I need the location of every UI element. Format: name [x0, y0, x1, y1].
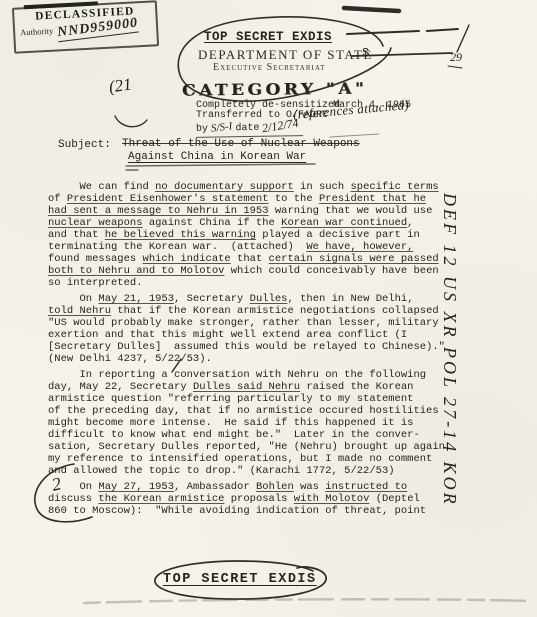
underlined-text: specific terms [350, 181, 438, 193]
body-line: told Nehru that if the Korean armistice … [48, 305, 454, 317]
body-line: We can find no documentary support in su… [48, 181, 454, 193]
subject-hand-underline [126, 164, 315, 166]
underlined-text: Dulles said Nehru [193, 381, 300, 393]
page-number-underline [448, 66, 462, 68]
body-line: armistice question "referring particular… [48, 393, 454, 405]
typed-text: In reporting a conversation with Nehru o… [48, 369, 426, 381]
declassified-stamp: DECLASSIFIED Authority NND959000 [12, 0, 159, 54]
body-line: of President Eisenhower's statement to t… [48, 193, 454, 205]
underlined-text: Dulles [250, 293, 288, 305]
body-line: of the preceding day, that if no armisti… [48, 405, 454, 417]
typed-text: and that [48, 229, 105, 241]
typed-text: that if the Korean armistice negotiation… [111, 305, 439, 317]
authority-label: Authority [20, 26, 54, 38]
body-line: On May 21, 1953, Secretary Dulles, then … [48, 293, 454, 305]
typed-text: (New Delhi 4237, 5/22/53). [48, 353, 212, 365]
typed-text: warning that we would use [269, 205, 433, 217]
underlined-text: had sent a message to Nehru in 1953 [48, 205, 269, 217]
body-line: discuss the Korean armistice proposals w… [48, 493, 454, 505]
body-line: [Secretary Dulles] assumed this would be… [48, 341, 454, 353]
paragraph: In reporting a conversation with Nehru o… [48, 369, 454, 477]
footer-classification-stamp: TOP SECRET EXDIS [163, 572, 317, 587]
typed-text: that [231, 253, 269, 265]
by-date-line: byS/S-Idate2/12/74 [196, 118, 303, 138]
typed-text: found messages [48, 253, 143, 265]
typed-text: so interpreted. [48, 277, 143, 289]
body-line: On May 27, 1953, Ambassador Bohlen was i… [48, 481, 454, 493]
department-title: DEPARTMENT OF STATE [198, 47, 373, 63]
typed-text: exertion and that this might well extend… [48, 329, 407, 341]
underlined-text: the Korean armistice [98, 493, 224, 505]
date-label: date [235, 123, 259, 134]
body-line: sation, Secretary Dulles reported, "He (… [48, 441, 454, 453]
typed-text: my reference to intensified operations, … [48, 453, 432, 465]
typed-text: "US would probably make stronger, rather… [48, 317, 439, 329]
typed-text: terminating the Korean war. (attached) [48, 241, 306, 253]
underlined-text: President that he [319, 193, 426, 205]
underlined-text: certain signals were passed [269, 253, 439, 265]
weapons-overline [330, 134, 379, 137]
upper-left-mark-tail [115, 116, 147, 127]
paragraph: On May 27, 1953, Ambassador Bohlen was i… [48, 481, 454, 517]
classification-header: TOP SECRET EXDIS [204, 30, 332, 44]
typed-text: day, May 22, Secretary [48, 381, 193, 393]
typed-text: of [48, 193, 67, 205]
office-subtitle: Executive Secretariat [213, 62, 325, 73]
body-line: difficult to know what end might be." La… [48, 429, 454, 441]
typed-text: difficult to know what end might be." La… [48, 429, 420, 441]
underlined-text: Korean war continued [281, 217, 407, 229]
underlined-text: President Eisenhower's statement [67, 193, 269, 205]
page-number-slash [457, 25, 469, 52]
typed-text: to the [269, 193, 319, 205]
typed-text: , Secretary [174, 293, 250, 305]
typed-text: , then in New Delhi, [287, 293, 413, 305]
body-line: nuclear weapons against China if the Kor… [48, 217, 454, 229]
typed-text: We can find [48, 181, 155, 193]
by-label: by [196, 124, 208, 135]
body-line: found messages which indicate that certa… [48, 253, 454, 265]
body-line: (New Delhi 4237, 5/22/53). [48, 353, 454, 365]
underlined-text: told Nehru [48, 305, 111, 317]
typed-text: proposals [224, 493, 293, 505]
typed-text: (Deptel [369, 493, 419, 505]
typed-text: armistice question "referring particular… [48, 393, 413, 405]
crossed-out-letter: S [362, 46, 369, 60]
subject-line-1-struck: Threat of the Use of Nuclear Weapons [122, 138, 360, 150]
document-body: We can find no documentary support in su… [48, 181, 454, 521]
typed-text: discuss [48, 493, 98, 505]
typed-text: 860 to Moscow): "While avoiding indicati… [48, 505, 426, 517]
typed-text: and allowed the topic to drop." (Karachi… [48, 465, 395, 477]
scanned-memo-page: DECLASSIFIED Authority NND959000 TOP SEC… [0, 0, 537, 617]
body-line: and allowed the topic to drop." (Karachi… [48, 465, 454, 477]
underlined-text: May 21, 1953 [98, 293, 174, 305]
underlined-text: no documentary support [155, 181, 294, 193]
subject-line-2: Against China in Korean War [128, 151, 306, 163]
underlined-text: with Molotov [294, 493, 370, 505]
typed-text: played a decisive part in [256, 229, 420, 241]
typed-text: , Ambassador [174, 481, 256, 493]
body-line: terminating the Korean war. (attached) W… [48, 241, 454, 253]
by-value-handwritten: S/S-I [210, 120, 233, 135]
underlined-text: May 27, 1953 [98, 481, 174, 493]
typed-text: against China if the [143, 217, 282, 229]
paragraph: We can find no documentary support in su… [48, 181, 454, 289]
underlined-text: nuclear weapons [48, 217, 143, 229]
body-line: In reporting a conversation with Nehru o… [48, 369, 454, 381]
scratch-line-1b [427, 29, 458, 31]
category-a-stamp: CATEGORY "A" [182, 80, 367, 100]
underlined-text: which indicate [143, 253, 231, 265]
body-line: and that he believed this warning played… [48, 229, 454, 241]
paragraph: On May 21, 1953, Secretary Dulles, then … [48, 293, 454, 365]
underlined-text: Bohlen [256, 481, 294, 493]
body-line: had sent a message to Nehru in 1953 warn… [48, 205, 454, 217]
bottom-smudge-line [84, 599, 531, 603]
typed-text: sation, Secretary Dulles reported, "He (… [48, 441, 445, 453]
typed-text: of the preceding day, that if no armisti… [48, 405, 439, 417]
typed-text: in such [294, 181, 351, 193]
body-line: my reference to intensified operations, … [48, 453, 454, 465]
body-line: "US would probably make stronger, rather… [48, 317, 454, 329]
subject-label: Subject: [58, 139, 111, 151]
typed-text: On [48, 481, 98, 493]
typed-text: , [407, 217, 413, 229]
body-line: might become more intense. He said if th… [48, 417, 454, 429]
underlined-text: We have, however, [306, 241, 413, 253]
typed-text: might become more intense. He said if th… [48, 417, 413, 429]
body-line: 860 to Moscow): "While avoiding indicati… [48, 505, 454, 517]
body-line: so interpreted. [48, 277, 454, 289]
scratch-line-1a [347, 31, 419, 34]
typed-text: [Secretary Dulles] assumed this would be… [48, 341, 445, 353]
body-line: both to Nehru and to Molotov which could… [48, 265, 454, 277]
typed-text: which could conceivably have been [224, 265, 438, 277]
typed-text: was [294, 481, 326, 493]
underlined-text: both to Nehru and to Molotov [48, 265, 224, 277]
body-line: day, May 22, Secretary Dulles said Nehru… [48, 381, 454, 393]
underlined-text: he believed this warning [105, 229, 256, 241]
typed-text: On [48, 293, 98, 305]
handwritten-page-number: 29 [450, 50, 462, 65]
body-line: exertion and that this might well extend… [48, 329, 454, 341]
upper-left-margin-mark: (21 [108, 75, 133, 98]
typed-text: raised the Korean [300, 381, 413, 393]
top-right-heavy-bar [344, 8, 399, 11]
underlined-text: instructed to [325, 481, 407, 493]
